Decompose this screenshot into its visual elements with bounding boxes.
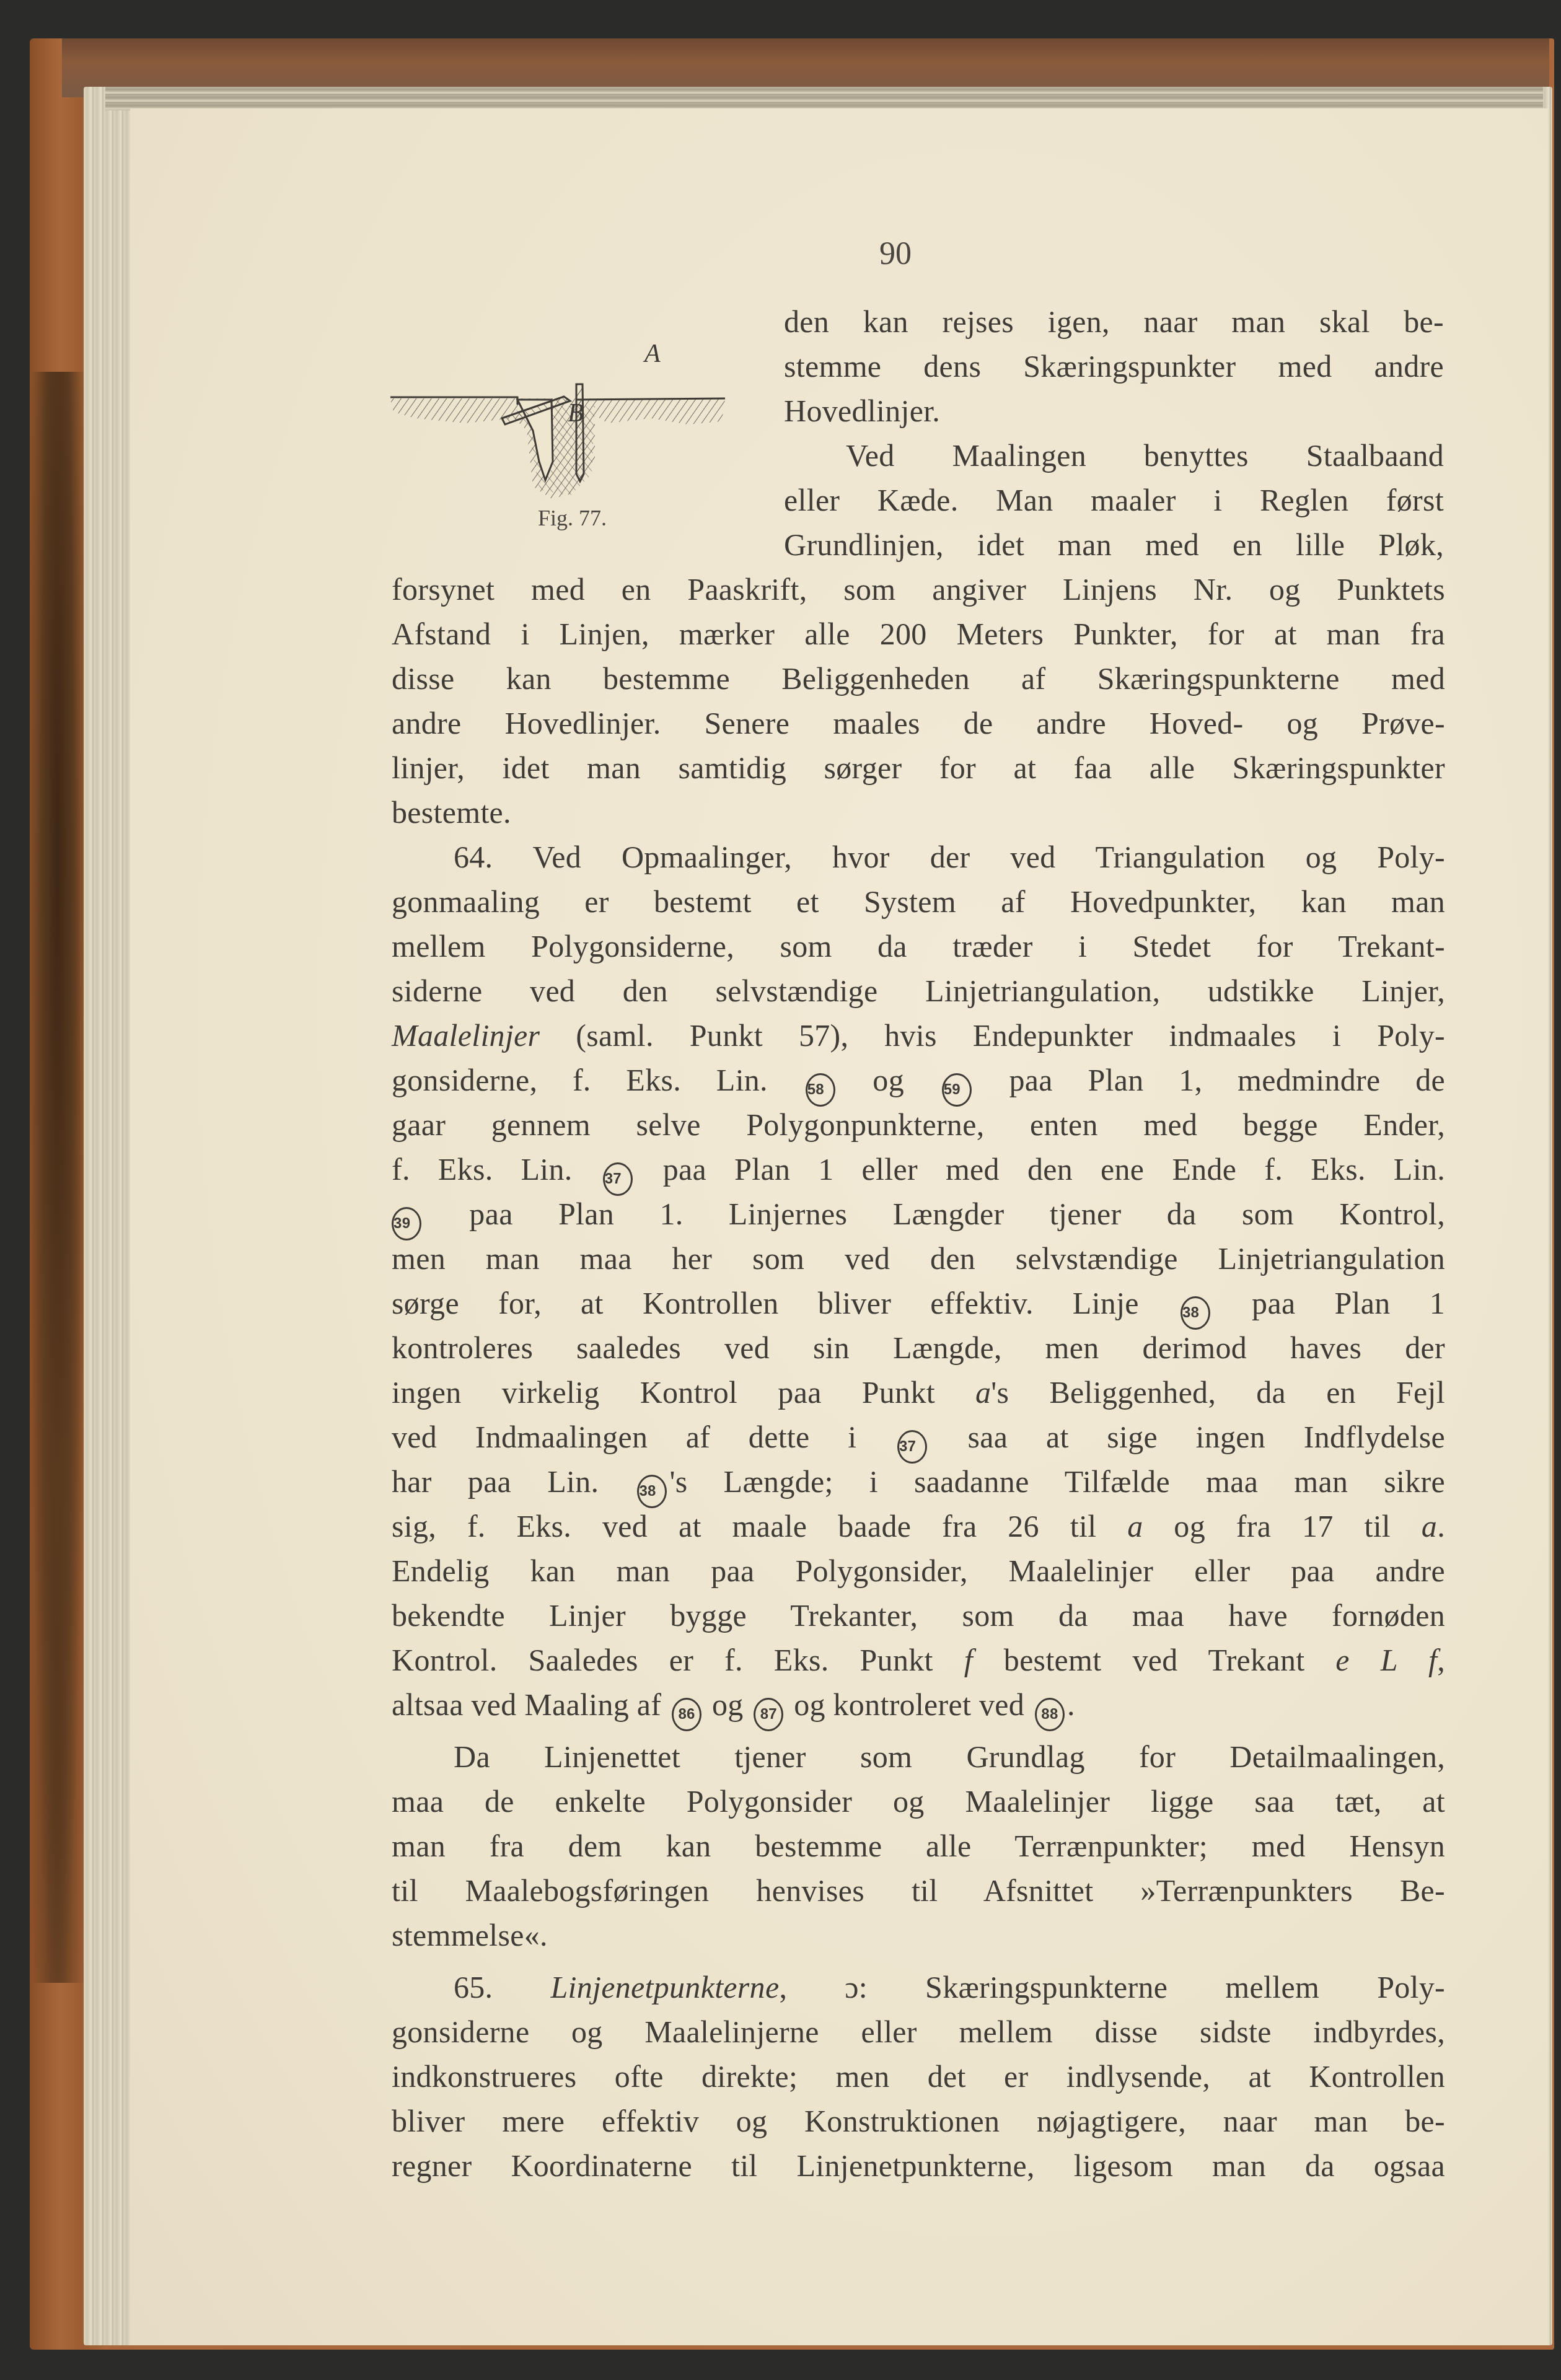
- text-line: bestemte.: [392, 794, 1445, 830]
- text-line: Endelig kan man paa Polygonsider, Maalel…: [392, 1553, 1445, 1589]
- text-line: stemme dens Skæringspunkter med andre: [784, 348, 1444, 384]
- text-line: sørge for, at Kontrollen bliver effektiv…: [392, 1285, 1445, 1330]
- text-line: maa de enkelte Polygonsider og Maalelinj…: [392, 1783, 1445, 1819]
- text-line: den kan rejses igen, naar man skal be-: [784, 304, 1444, 340]
- text-line: 39 paa Plan 1. Linjernes Længder tjener …: [392, 1196, 1445, 1240]
- text-line: eller Kæde. Man maaler i Reglen først: [784, 482, 1444, 518]
- text-line: f. Eks. Lin. 37 paa Plan 1 eller med den…: [392, 1151, 1445, 1196]
- cover-stain: [30, 372, 86, 1983]
- text-line: stemmelse«.: [392, 1917, 1445, 1953]
- circled-line-number: 37: [603, 1162, 633, 1196]
- italic-term: Maalelinjer: [392, 1018, 540, 1053]
- text-line: Kontrol. Saaledes er f. Eks. Punkt f bes…: [392, 1642, 1445, 1678]
- text-line: indkonstrueres ofte direkte; men det er …: [392, 2058, 1445, 2094]
- text-line: Hovedlinjer.: [784, 393, 1444, 429]
- circled-line-number: 37: [897, 1430, 927, 1464]
- circled-line-number: 86: [672, 1698, 701, 1731]
- text-line: bekendte Linjer bygge Trekanter, som da …: [392, 1597, 1445, 1633]
- text-line: altsaa ved Maaling af 86 og 87 og kontro…: [392, 1687, 1445, 1731]
- text-line: gonsiderne og Maalelinjerne eller mellem…: [392, 2014, 1445, 2050]
- text-line: kontroleres saaledes ved sin Længde, men…: [392, 1330, 1445, 1366]
- page-number: 90: [868, 235, 923, 272]
- circled-line-number: 58: [806, 1073, 835, 1107]
- text-line: andre Hovedlinjer. Senere maales de andr…: [392, 705, 1445, 741]
- text-line: Grundlinjen, idet man med en lille Pløk,: [784, 527, 1444, 563]
- figure-label-b: B: [568, 398, 584, 428]
- circled-line-number: 39: [392, 1207, 421, 1240]
- text-line: bliver mere effektiv og Konstruktionen n…: [392, 2103, 1445, 2139]
- text-line: Da Linjenettet tjener som Grundlag for D…: [392, 1739, 1445, 1775]
- text-line: siderne ved den selvstændige Linjetriang…: [392, 973, 1445, 1009]
- text-line: gaar gennem selve Polygonpunkterne, ente…: [392, 1107, 1445, 1143]
- text-line: gonsiderne, f. Eks. Lin. 58 og 59 paa Pl…: [392, 1062, 1445, 1107]
- page-stack-top-edges: [105, 87, 1543, 110]
- text-line: ingen virkelig Kontrol paa Punkt a's Bel…: [392, 1374, 1445, 1410]
- circled-line-number: 88: [1035, 1698, 1065, 1731]
- section-65-heading-line: 65. Linjenetpunkterne, ɔ: Skæringspunkte…: [392, 1969, 1445, 2005]
- figure-label-a: A: [644, 339, 661, 369]
- figure-caption: Fig. 77.: [538, 505, 607, 531]
- section-64-heading-line: 64. Ved Opmaalinger, hvor der ved Triang…: [392, 839, 1445, 875]
- text-line: Ved Maalingen benyttes Staalbaand: [784, 437, 1444, 473]
- circled-line-number: 59: [942, 1073, 972, 1107]
- text-line: man fra dem kan bestemme alle Terrænpunk…: [392, 1828, 1445, 1864]
- text-line: Afstand i Linjen, mærker alle 200 Meters…: [392, 616, 1445, 652]
- text-line: forsynet med en Paaskrift, som angiver L…: [392, 571, 1445, 607]
- text-line: ved Indmaalingen af dette i 37 saa at si…: [392, 1419, 1445, 1464]
- text-line: linjer, idet man samtidig sørger for at …: [392, 750, 1445, 786]
- text-line: gonmaaling er bestemt et System af Hoved…: [392, 884, 1445, 920]
- circled-line-number: 38: [637, 1475, 667, 1508]
- text-line: til Maalebogsføringen henvises til Afsni…: [392, 1873, 1445, 1908]
- text-line: mellem Polygonsiderne, som da træder i S…: [392, 928, 1445, 964]
- italic-term: Linjenetpunkterne: [551, 1970, 780, 2005]
- text-line: har paa Lin. 38's Længde; i saadanne Til…: [392, 1464, 1445, 1508]
- circled-line-number: 38: [1181, 1296, 1210, 1330]
- text-line: men man maa her som ved den selvstændige…: [392, 1240, 1445, 1276]
- circled-line-number: 87: [754, 1698, 783, 1731]
- text-line: sig, f. Eks. ved at maale baade fra 26 t…: [392, 1508, 1445, 1544]
- text-line: disse kan bestemme Beliggenheden af Skær…: [392, 661, 1445, 696]
- text-line: regner Koordinaterne til Linjenetpunkter…: [392, 2148, 1445, 2184]
- text-line: Maalelinjer (saml. Punkt 57), hvis Endep…: [392, 1017, 1445, 1053]
